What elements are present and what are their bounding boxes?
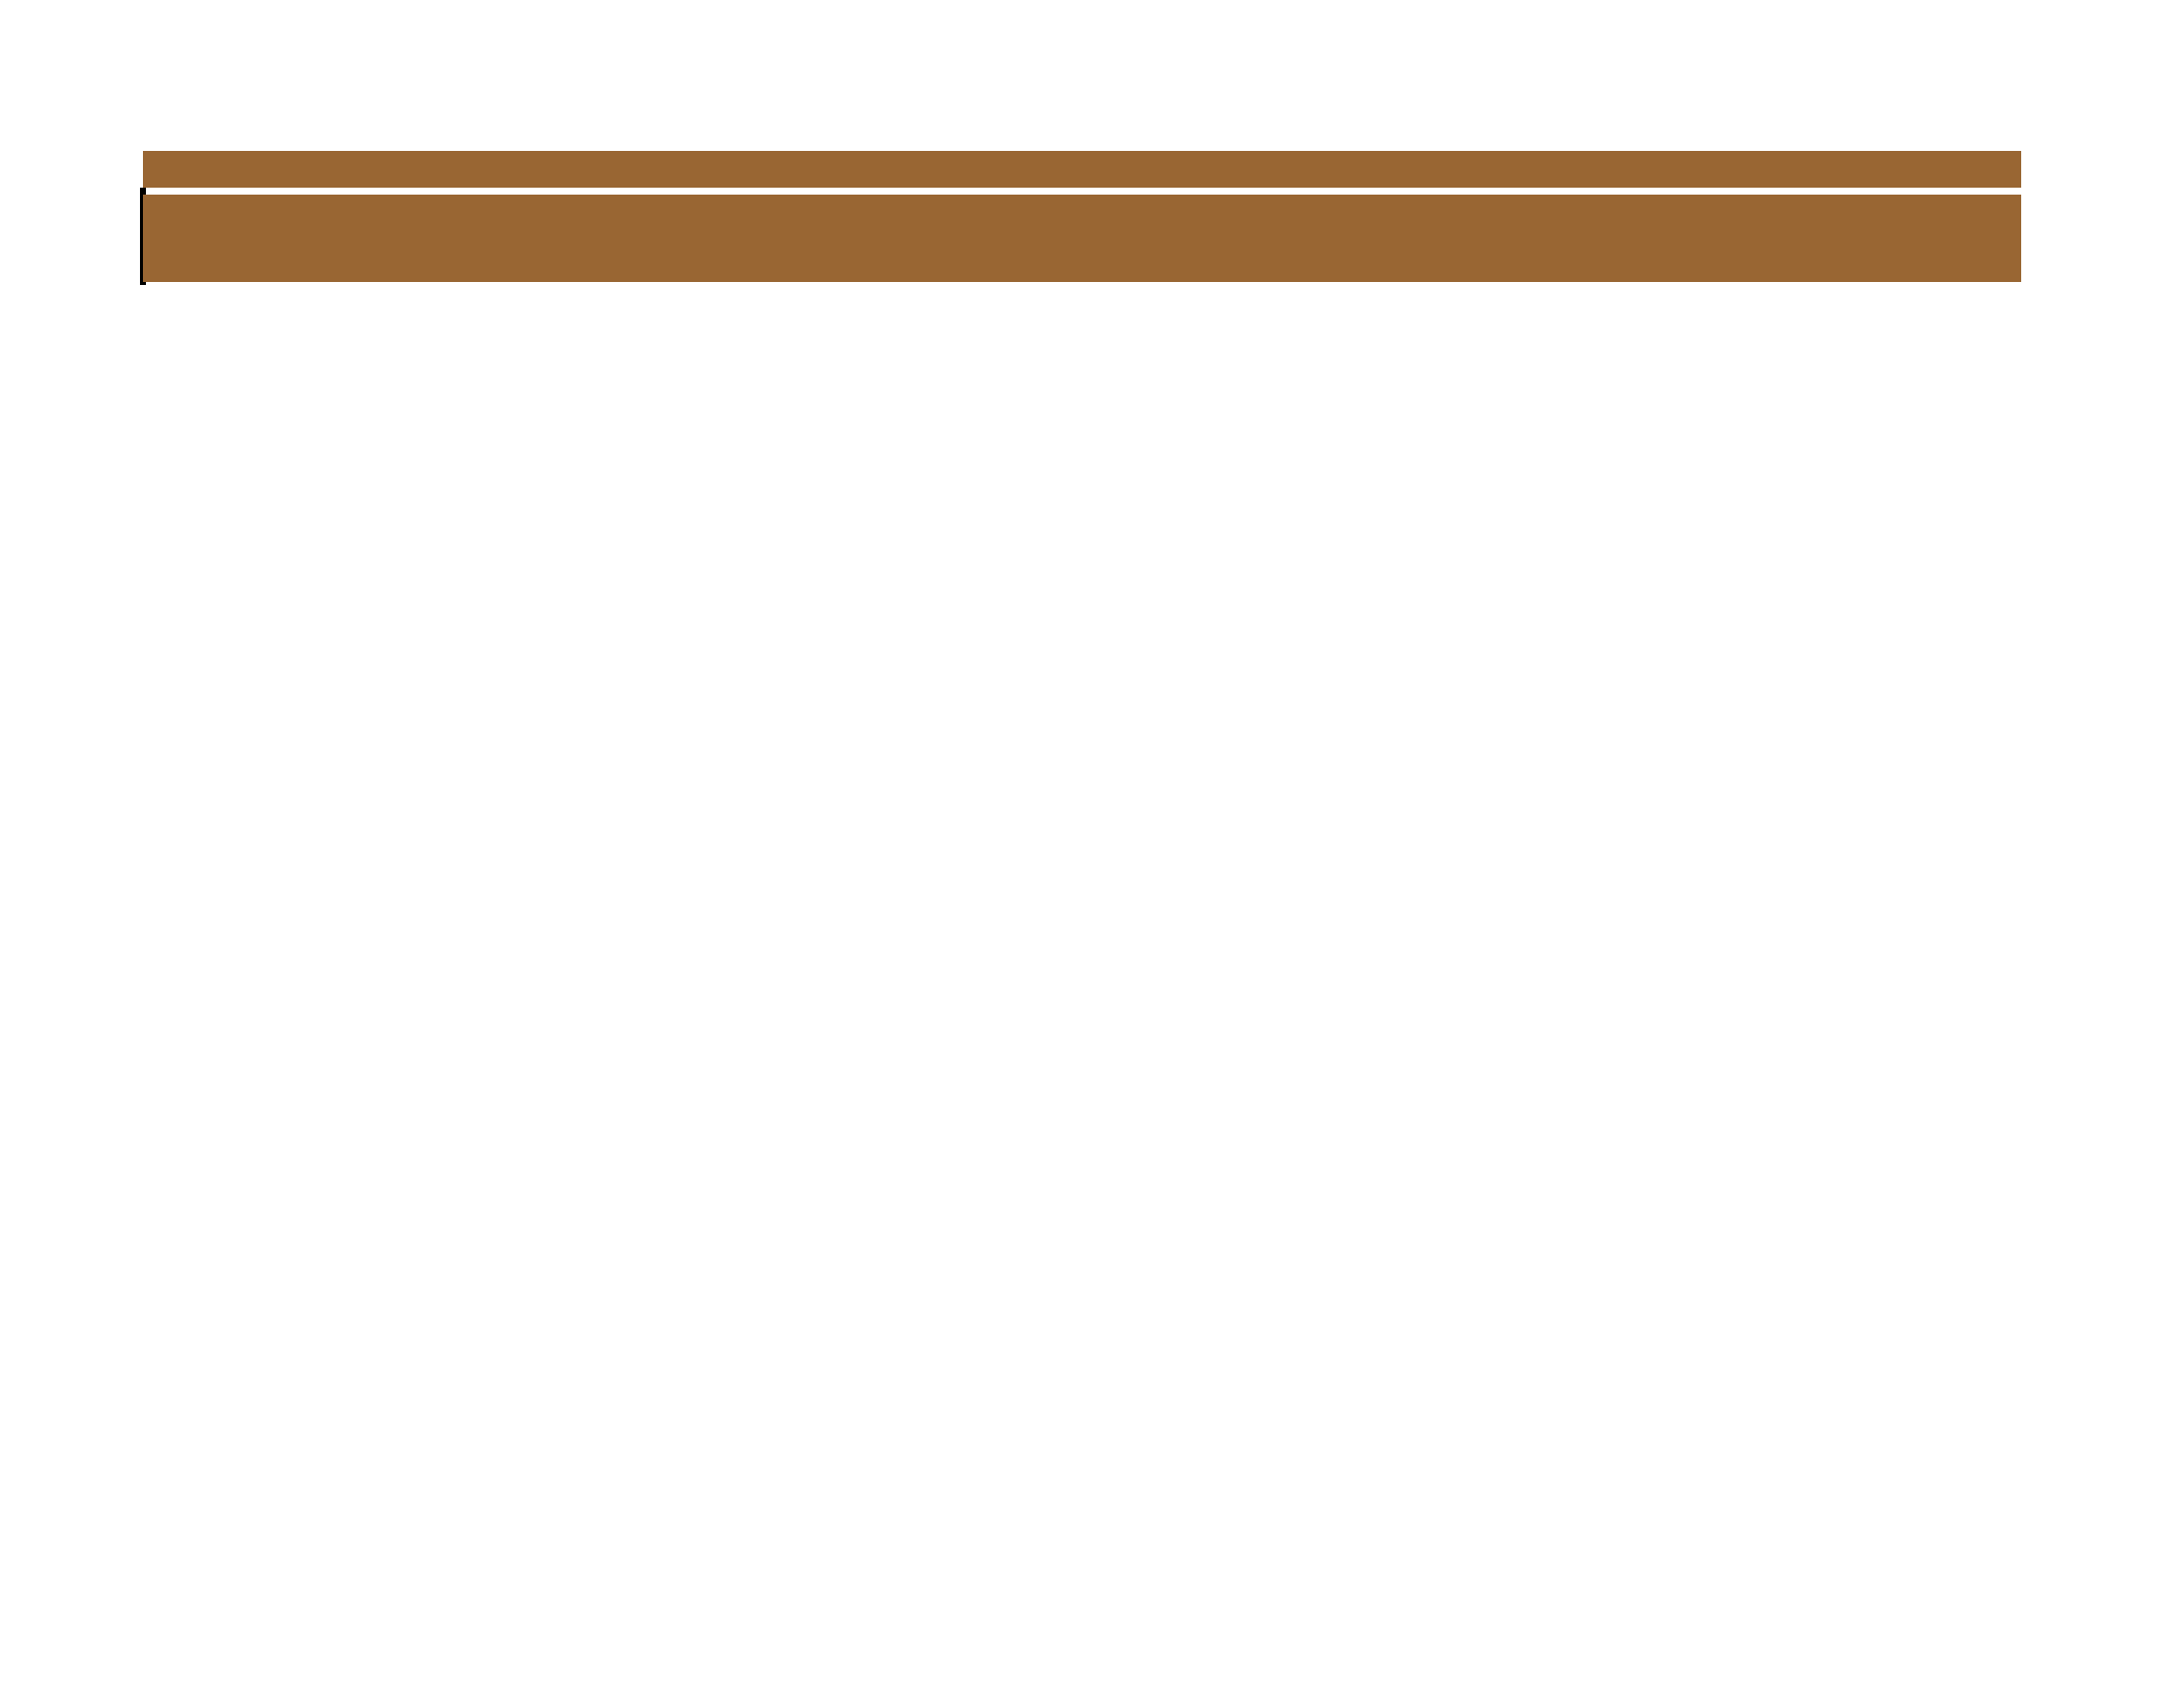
table-header xyxy=(143,195,2021,282)
indicators-table xyxy=(143,282,2021,1520)
table-title xyxy=(143,151,2021,188)
